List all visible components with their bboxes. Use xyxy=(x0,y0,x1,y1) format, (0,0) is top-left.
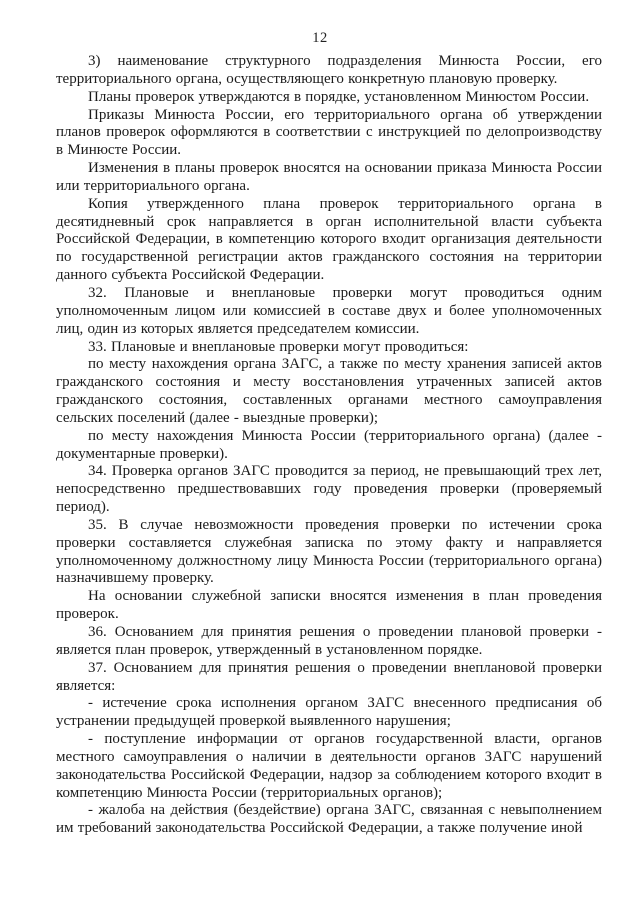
paragraph: Копия утвержденного плана проверок терри… xyxy=(56,196,602,285)
paragraph: 3) наименование структурного подразделен… xyxy=(56,53,602,89)
paragraph: 35. В случае невозможности проведения пр… xyxy=(56,517,602,588)
paragraph: 34. Проверка органов ЗАГС проводится за … xyxy=(56,463,602,517)
paragraph: Изменения в планы проверок вносятся на о… xyxy=(56,160,602,196)
paragraph: 36. Основанием для принятия решения о пр… xyxy=(56,624,602,660)
document-body: 3) наименование структурного подразделен… xyxy=(56,53,602,838)
paragraph: - жалоба на действия (бездействие) орган… xyxy=(56,802,602,838)
paragraph: - поступление информации от органов госу… xyxy=(56,731,602,802)
page-number: 12 xyxy=(0,0,640,46)
paragraph: Приказы Минюста России, его территориаль… xyxy=(56,107,602,161)
paragraph: Планы проверок утверждаются в порядке, у… xyxy=(56,89,602,107)
paragraph: 37. Основанием для принятия решения о пр… xyxy=(56,660,602,696)
paragraph: по месту нахождения органа ЗАГС, а также… xyxy=(56,356,602,427)
paragraph: - истечение срока исполнения органом ЗАГ… xyxy=(56,695,602,731)
paragraph: по месту нахождения Минюста России (терр… xyxy=(56,428,602,464)
paragraph: 33. Плановые и внеплановые проверки могу… xyxy=(56,339,602,357)
paragraph: 32. Плановые и внеплановые проверки могу… xyxy=(56,285,602,339)
paragraph: На основании служебной записки вносятся … xyxy=(56,588,602,624)
document-page: 12 3) наименование структурного подразде… xyxy=(0,0,640,905)
